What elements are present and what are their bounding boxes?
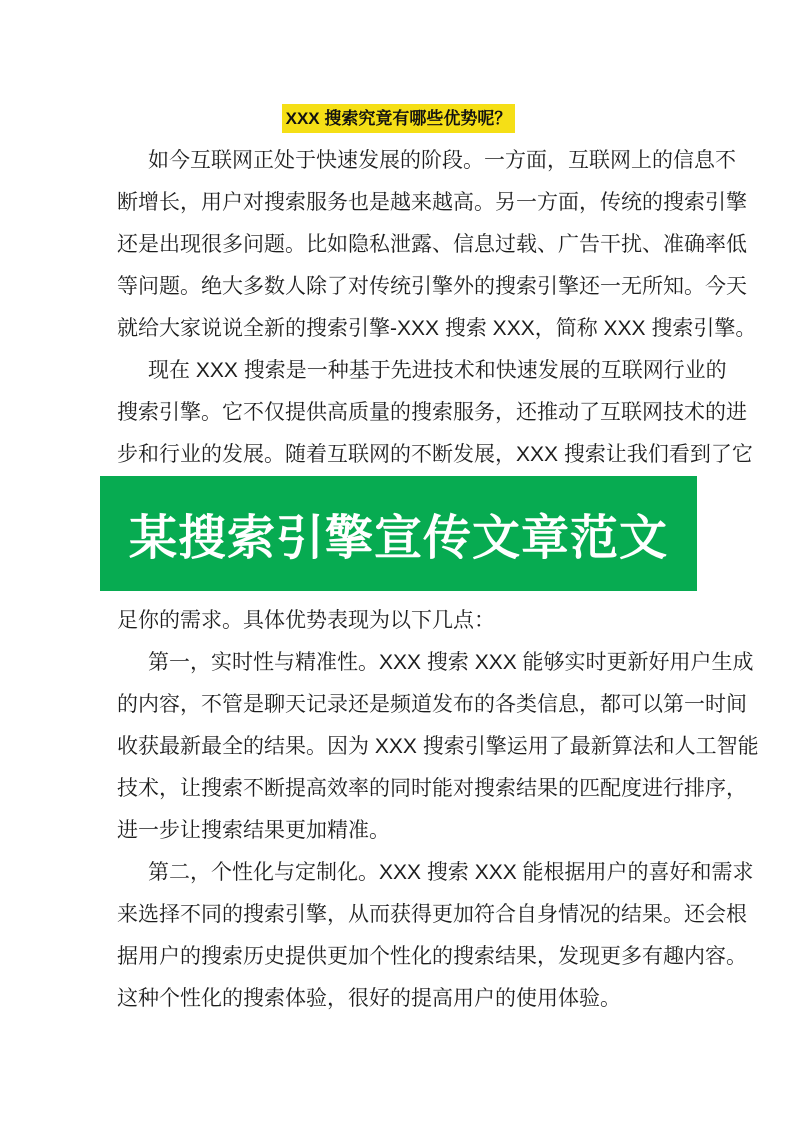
paragraph-line: 收获最新最全的结果。因为 XXX 搜索引擎运用了最新算法和人工智能	[117, 726, 680, 768]
promo-banner: 某搜索引擎宣传文章范文	[100, 476, 697, 591]
paragraph-line: 进一步让搜索结果更加精准。	[117, 810, 680, 852]
banner-title: 某搜索引擎宣传文章范文	[129, 499, 668, 568]
document-title: XXX 搜索究竟有哪些优势呢？	[282, 104, 516, 133]
paragraph-line: 技术，让搜索不断提高效率的同时能对搜索结果的匹配度进行排序，	[117, 768, 680, 810]
paragraph-line: 等问题。绝大多数人除了对传统引擎外的搜索引擎还一无所知。今天	[117, 266, 680, 308]
paragraph-line: 如今互联网正处于快速发展的阶段。一方面，互联网上的信息不	[117, 140, 680, 182]
paragraph-line: 来选择不同的搜索引擎，从而获得更加符合自身情况的结果。还会根	[117, 894, 680, 936]
document-page: XXX 搜索究竟有哪些优势呢？ 如今互联网正处于快速发展的阶段。一方面，互联网上…	[117, 97, 680, 1020]
paragraph-line: 搜索引擎。它不仅提供高质量的搜索服务，还推动了互联网技术的进	[117, 392, 680, 434]
paragraph-line: 就给大家说说全新的搜索引擎-XXX 搜索 XXX，简称 XXX 搜索引擎。	[117, 308, 680, 350]
paragraph-line: 断增长，用户对搜索服务也是越来越高。另一方面，传统的搜索引擎	[117, 182, 680, 224]
paragraph-line: 的内容，不管是聊天记录还是频道发布的各类信息，都可以第一时间	[117, 684, 680, 726]
paragraph-line: 还是出现很多问题。比如隐私泄露、信息过载、广告干扰、准确率低	[117, 224, 680, 266]
paragraph-line: 第二，个性化与定制化。XXX 搜索 XXX 能根据用户的喜好和需求	[117, 852, 680, 894]
title-line: XXX 搜索究竟有哪些优势呢？	[117, 97, 680, 140]
paragraph-line: 据用户的搜索历史提供更加个性化的搜索结果，发现更多有趣内容。	[117, 936, 680, 978]
paragraph-line: 足你的需求。具体优势表现为以下几点：	[117, 600, 680, 642]
paragraph-line: 这种个性化的搜索体验，很好的提高用户的使用体验。	[117, 978, 680, 1020]
paragraph-line: 第一，实时性与精准性。XXX 搜索 XXX 能够实时更新好用户生成	[117, 642, 680, 684]
paragraph-line: 现在 XXX 搜索是一种基于先进技术和快速发展的互联网行业的	[117, 350, 680, 392]
paragraph-line: 步和行业的发展。随着互联网的不断发展，XXX 搜索让我们看到了它	[117, 434, 680, 476]
